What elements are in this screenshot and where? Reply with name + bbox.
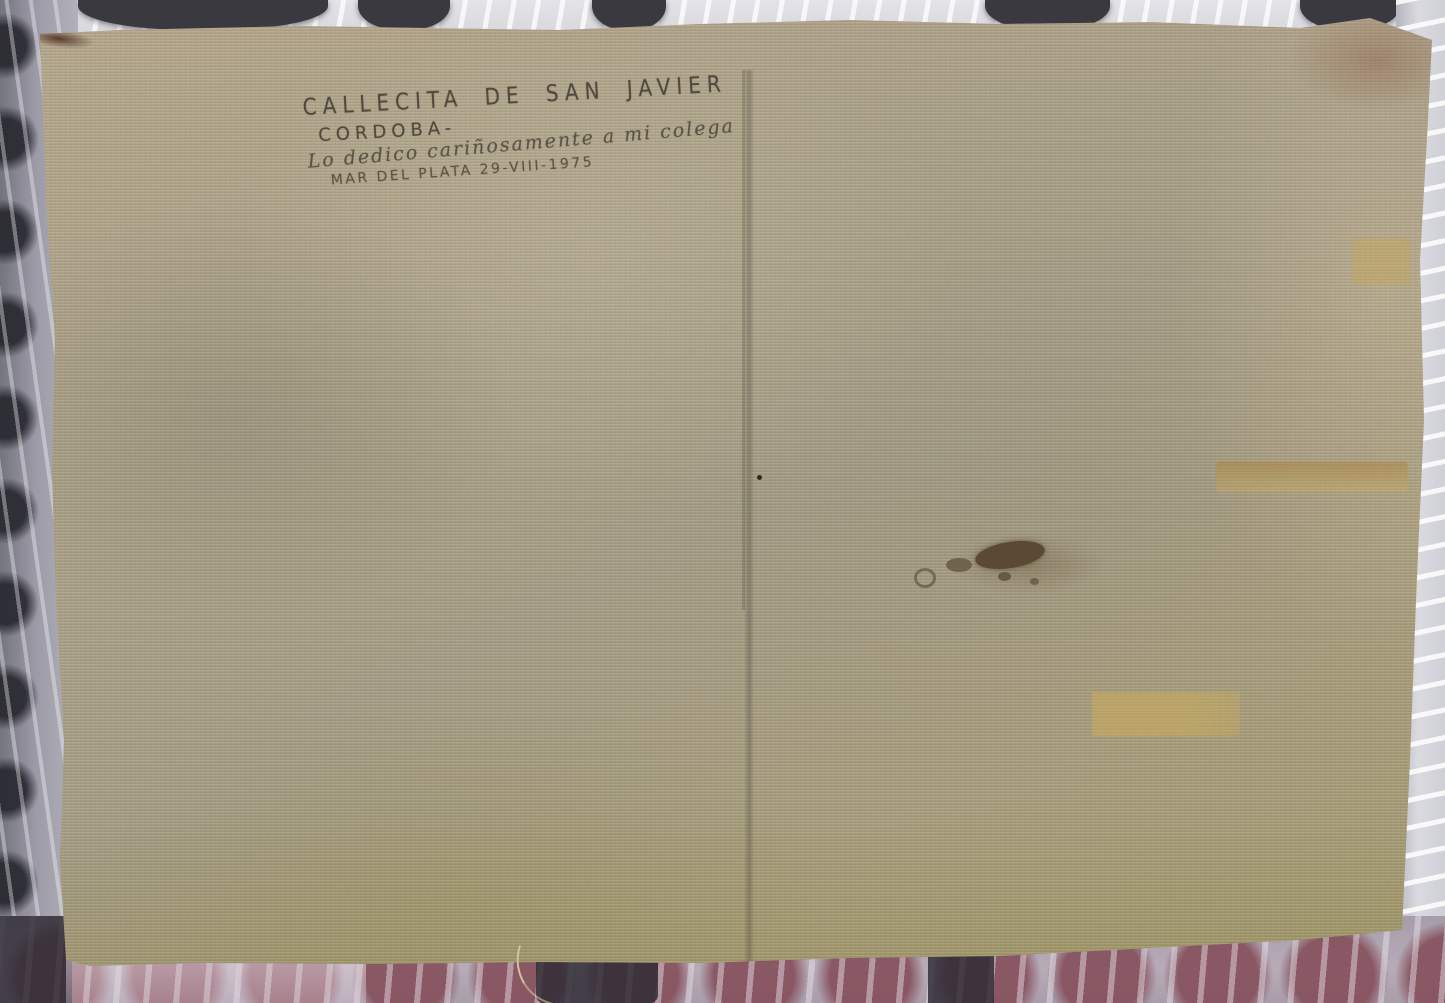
discoloration-top-right: [1230, 18, 1440, 158]
canvas-verso: CALLECITA DE SAN JAVIER CORDOBA- Lo dedi…: [30, 10, 1438, 968]
fly-speck: [757, 475, 762, 480]
wrap-dark-patch: [0, 916, 72, 1003]
tape-residue-lower-right: [1092, 692, 1240, 736]
wrap-dark-blob: [358, 0, 450, 30]
stain-ring: [914, 568, 936, 588]
stain-small-blob: [946, 558, 972, 572]
tape-residue-right-edge: [1352, 238, 1410, 284]
tape-residue-mid-right: [1216, 462, 1408, 492]
stain-small-blob: [1030, 578, 1039, 585]
inscription-block: CALLECITA DE SAN JAVIER CORDOBA- Lo dedi…: [302, 69, 779, 235]
photo-canvas-verso: CALLECITA DE SAN JAVIER CORDOBA- Lo dedi…: [0, 0, 1445, 1003]
stain-small-blob: [998, 572, 1011, 581]
wrap-dark-blob: [78, 0, 328, 30]
wrap-dark-blob: [592, 0, 666, 30]
